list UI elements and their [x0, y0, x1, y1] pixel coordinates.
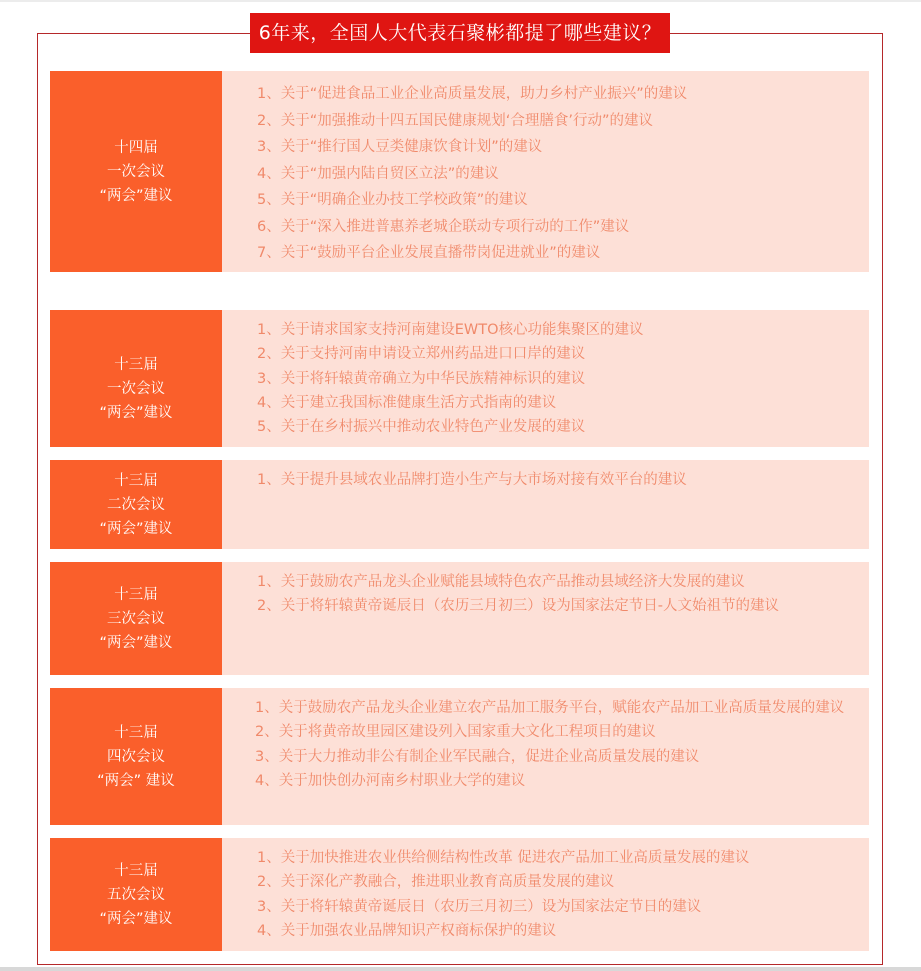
session-meeting: 五次会议: [107, 883, 165, 907]
session-block-13-5: 十三届 五次会议 “两会”建议 1、关于加快推进农业供给侧结构性改革 促进农产品…: [50, 838, 869, 951]
proposal-item: 2、关于“加强推动十四五国民健康规划‘合理膳食’行动”的建议: [257, 108, 859, 135]
session-type: “两会”建议: [99, 631, 172, 655]
session-label: 十三届 四次会议 “两会” 建议: [50, 688, 222, 825]
session-type: “两会”建议: [99, 401, 172, 425]
proposal-item: 2、关于支持河南申请设立郑州药品进口口岸的建议: [257, 342, 859, 366]
proposal-item: 4、关于“加强内陆自贸区立法”的建议: [257, 161, 859, 188]
session-label: 十三届 三次会议 “两会”建议: [50, 562, 222, 675]
proposal-item: 2、关于将轩辕黄帝诞辰日（农历三月初三）设为国家法定节日-人文始祖节的建议: [257, 594, 859, 618]
proposal-list: 1、关于“促进食品工业企业高质量发展，助力乡村产业振兴”的建议 2、关于“加强推…: [222, 71, 869, 272]
session-term: 十三届: [114, 353, 158, 377]
session-type: “两会”建议: [99, 184, 172, 208]
session-label: 十四届 一次会议 “两会”建议: [50, 71, 222, 272]
session-block-13-4: 十三届 四次会议 “两会” 建议 1、关于鼓励农产品龙头企业建立农产品加工服务平…: [50, 688, 869, 825]
session-block-14-1: 十四届 一次会议 “两会”建议 1、关于“促进食品工业企业高质量发展，助力乡村产…: [50, 71, 869, 272]
proposal-item: 2、关于将黄帝故里园区建设列入国家重大文化工程项目的建议: [242, 720, 861, 744]
proposal-item: 1、关于提升县域农业品牌打造小生产与大市场对接有效平台的建议: [257, 468, 859, 492]
proposal-list: 1、关于提升县域农业品牌打造小生产与大市场对接有效平台的建议: [222, 460, 869, 549]
session-term: 十三届: [114, 721, 158, 745]
proposal-list: 1、关于加快推进农业供给侧结构性改革 促进农产品加工业高质量发展的建议 2、关于…: [222, 838, 869, 951]
proposal-item: 5、关于在乡村振兴中推动农业特色产业发展的建议: [257, 415, 859, 439]
proposal-item: 4、关于加强农业品牌知识产权商标保护的建议: [257, 919, 859, 943]
session-label: 十三届 五次会议 “两会”建议: [50, 838, 222, 951]
proposal-item: 6、关于“深入推进普惠养老城企联动专项行动的工作”建议: [257, 214, 859, 241]
session-type: “两会” 建议: [97, 769, 175, 793]
session-term: 十四届: [114, 136, 158, 160]
session-type: “两会”建议: [99, 907, 172, 931]
session-label: 十三届 二次会议 “两会”建议: [50, 460, 222, 549]
session-term: 十三届: [114, 859, 158, 883]
session-meeting: 一次会议: [107, 377, 165, 401]
session-term: 十三届: [114, 469, 158, 493]
session-meeting: 二次会议: [107, 493, 165, 517]
proposal-item: 3、关于将轩辕黄帝诞辰日（农历三月初三）设为国家法定节日的建议: [257, 895, 859, 919]
proposal-item: 1、关于“促进食品工业企业高质量发展，助力乡村产业振兴”的建议: [257, 81, 859, 108]
session-meeting: 一次会议: [107, 160, 165, 184]
session-meeting: 三次会议: [107, 607, 165, 631]
proposal-list: 1、关于鼓励农产品龙头企业赋能县域特色农产品推动县域经济大发展的建议 2、关于将…: [222, 562, 869, 675]
proposal-item: 7、关于“鼓励平台企业发展直播带岗促进就业”的建议: [257, 240, 859, 267]
proposal-item: 3、关于将轩辕黄帝确立为中华民族精神标识的建议: [257, 367, 859, 391]
proposal-item: 2、关于深化产教融合，推进职业教育高质量发展的建议: [257, 870, 859, 894]
session-type: “两会”建议: [99, 517, 172, 541]
proposal-list: 1、关于鼓励农产品龙头企业建立农产品加工服务平台，赋能农产品加工业高质量发展的建…: [222, 688, 869, 825]
session-term: 十三届: [114, 583, 158, 607]
session-meeting: 四次会议: [107, 745, 165, 769]
proposal-item: 3、关于大力推动非公有制企业军民融合，促进企业高质量发展的建议: [242, 745, 861, 769]
page-title: 6年来，全国人大代表石聚彬都提了哪些建议？: [250, 13, 670, 53]
proposal-item: 3、关于“推行国人豆类健康饮食计划”的建议: [257, 134, 859, 161]
session-block-13-1: 十三届 一次会议 “两会”建议 1、关于请求国家支持河南建设EWTO核心功能集聚…: [50, 310, 869, 447]
session-label: 十三届 一次会议 “两会”建议: [50, 310, 222, 447]
top-divider: [0, 0, 921, 2]
proposal-item: 5、关于“明确企业办技工学校政策”的建议: [257, 187, 859, 214]
proposal-item: 4、关于加快创办河南乡村职业大学的建议: [242, 769, 861, 793]
proposal-item: 1、关于鼓励农产品龙头企业赋能县域特色农产品推动县域经济大发展的建议: [257, 570, 859, 594]
session-block-13-2: 十三届 二次会议 “两会”建议 1、关于提升县域农业品牌打造小生产与大市场对接有…: [50, 460, 869, 549]
proposal-item: 1、关于鼓励农产品龙头企业建立农产品加工服务平台，赋能农产品加工业高质量发展的建…: [242, 696, 861, 720]
proposal-item: 4、关于建立我国标准健康生活方式指南的建议: [257, 391, 859, 415]
proposal-list: 1、关于请求国家支持河南建设EWTO核心功能集聚区的建议 2、关于支持河南申请设…: [222, 310, 869, 447]
session-block-13-3: 十三届 三次会议 “两会”建议 1、关于鼓励农产品龙头企业赋能县域特色农产品推动…: [50, 562, 869, 675]
bottom-divider: [0, 967, 921, 971]
proposal-item: 1、关于加快推进农业供给侧结构性改革 促进农产品加工业高质量发展的建议: [257, 846, 859, 870]
proposal-item: 1、关于请求国家支持河南建设EWTO核心功能集聚区的建议: [257, 318, 859, 342]
